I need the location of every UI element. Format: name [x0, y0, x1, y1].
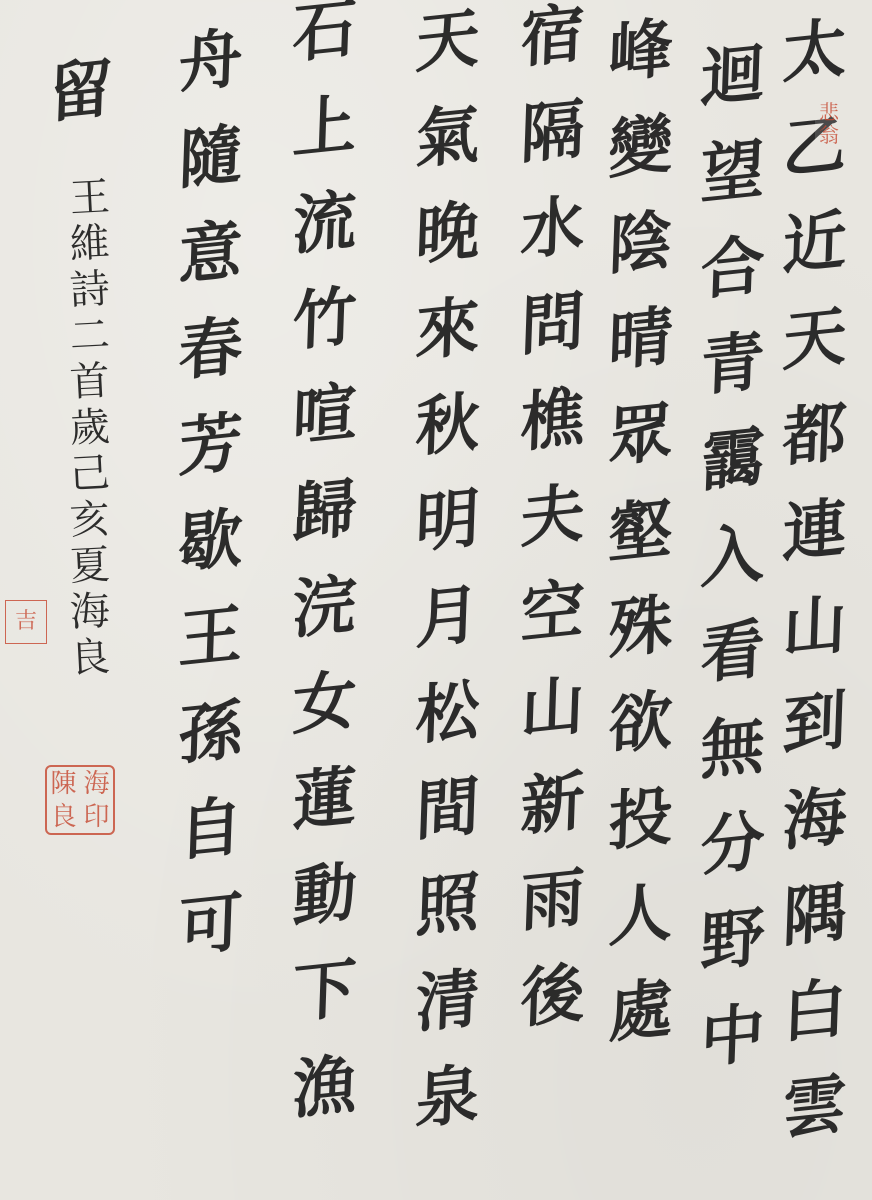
inscription-character: 亥	[61, 499, 119, 548]
calligraphy-character: 隅	[771, 879, 858, 985]
calligraphy-character: 照	[404, 869, 491, 975]
seal-char: 吉	[15, 611, 37, 633]
calligraphy-character: 舟	[167, 25, 254, 131]
calligraphy-character: 喧	[281, 379, 368, 485]
inscription-character: 詩	[61, 269, 119, 318]
calligraphy-character: 人	[597, 879, 684, 985]
seal-char: 翁	[819, 125, 839, 145]
calligraphy-character: 浣	[281, 571, 368, 677]
text-column-4: 宿隔水問樵夫空山新雨後	[510, 5, 594, 1061]
calligraphy-character: 晚	[404, 197, 491, 303]
calligraphy-character: 看	[689, 616, 776, 722]
calligraphy-character: 新	[509, 768, 596, 874]
calligraphy-character: 意	[167, 217, 254, 323]
inscription-character: 王	[61, 177, 119, 226]
calligraphy-character: 水	[509, 192, 596, 298]
calligraphy-character: 山	[509, 672, 596, 778]
calligraphy-character: 王	[167, 601, 254, 707]
text-column-3: 峰變陰晴眾壑殊欲投人處	[598, 20, 682, 1076]
calligraphy-character: 晴	[597, 303, 684, 409]
calligraphy-character: 女	[281, 667, 368, 773]
calligraphy-character: 明	[404, 485, 491, 591]
calligraphy-character: 天	[404, 5, 491, 111]
seal-char: 陳	[50, 771, 76, 797]
calligraphy-character: 竹	[281, 283, 368, 389]
calligraphy-character: 氣	[404, 101, 491, 207]
calligraphy-character: 連	[771, 495, 858, 601]
calligraphy-character: 隨	[167, 121, 254, 227]
signature-inscription: 王維詩二首歲己亥夏海良	[62, 178, 118, 684]
calligraphy-character: 空	[509, 576, 596, 682]
calligraphy-character: 陰	[597, 207, 684, 313]
calligraphy-character: 歸	[281, 475, 368, 581]
calligraphy-character: 望	[689, 136, 776, 242]
text-column-7: 舟隨意春芳歇王孫自可	[168, 30, 252, 990]
calligraphy-character: 宿	[509, 0, 596, 106]
calligraphy-character: 歇	[167, 505, 254, 611]
calligraphy-character: 後	[509, 960, 596, 1066]
calligraphy-character: 中	[689, 1000, 776, 1106]
seal-char: 印	[83, 804, 109, 830]
calligraphy-character: 蓮	[281, 763, 368, 869]
inscription-character: 歲	[61, 407, 119, 456]
calligraphy-character: 山	[771, 591, 858, 697]
calligraphy-character: 雲	[771, 1071, 858, 1177]
calligraphy-character: 合	[689, 232, 776, 338]
calligraphy-character: 自	[167, 793, 254, 899]
calligraphy-character: 隔	[509, 96, 596, 202]
calligraphy-character: 欲	[597, 687, 684, 793]
calligraphy-paper: 太乙近天都連山到海隅白雲迴望合青靄入看無分野中峰變陰晴眾壑殊欲投人處宿隔水問樵夫…	[0, 0, 872, 1200]
calligraphy-character: 海	[771, 783, 858, 889]
text-column-2: 迴望合青靄入看無分野中	[690, 45, 774, 1101]
calligraphy-character: 白	[771, 975, 858, 1081]
calligraphy-character: 春	[167, 313, 254, 419]
calligraphy-character: 來	[404, 293, 491, 399]
calligraphy-character: 月	[404, 581, 491, 687]
text-column-6: 石上流竹喧歸浣女蓮動下漁	[282, 0, 366, 1152]
calligraphy-character: 天	[771, 303, 858, 409]
calligraphy-character: 迴	[689, 40, 776, 146]
calligraphy-character: 都	[771, 399, 858, 505]
calligraphy-character: 雨	[509, 864, 596, 970]
calligraphy-character: 變	[597, 111, 684, 217]
text-column-5: 天氣晚來秋明月松間照清泉	[405, 10, 489, 1162]
seal-char: 悲	[819, 102, 839, 122]
text-column-1: 太乙近天都連山到海隅白雲	[772, 20, 856, 1172]
seal-char: 良	[50, 804, 76, 830]
calligraphy-character: 太	[771, 15, 858, 121]
calligraphy-character: 問	[509, 288, 596, 394]
calligraphy-character: 靄	[689, 424, 776, 530]
text-column-8: 留	[38, 60, 122, 156]
seal-top-right: 悲 翁	[815, 100, 843, 146]
calligraphy-character: 無	[689, 712, 776, 818]
calligraphy-character: 可	[167, 889, 254, 995]
inscription-character: 二	[61, 315, 119, 364]
inscription-character: 維	[61, 223, 119, 272]
calligraphy-character: 處	[597, 975, 684, 1081]
calligraphy-character: 到	[771, 687, 858, 793]
calligraphy-character: 芳	[167, 409, 254, 515]
calligraphy-character: 青	[689, 328, 776, 434]
calligraphy-character: 殊	[597, 591, 684, 697]
inscription-character: 首	[61, 361, 119, 410]
inscription-character: 夏	[61, 545, 119, 594]
calligraphy-character: 間	[404, 773, 491, 879]
calligraphy-character: 上	[281, 91, 368, 197]
calligraphy-character: 樵	[509, 384, 596, 490]
seal-leisure: 吉	[5, 600, 47, 644]
calligraphy-character: 乙	[771, 111, 858, 217]
calligraphy-character: 峰	[597, 15, 684, 121]
calligraphy-character: 眾	[597, 399, 684, 505]
calligraphy-character: 泉	[404, 1061, 491, 1167]
calligraphy-character: 漁	[281, 1051, 368, 1157]
calligraphy-character: 近	[771, 207, 858, 313]
calligraphy-character: 流	[281, 187, 368, 293]
inscription-character: 己	[61, 453, 119, 502]
calligraphy-character: 下	[281, 955, 368, 1061]
calligraphy-character: 夫	[509, 480, 596, 586]
calligraphy-character: 秋	[404, 389, 491, 495]
calligraphy-character: 壑	[597, 495, 684, 601]
calligraphy-character: 孫	[167, 697, 254, 803]
calligraphy-character: 分	[689, 808, 776, 914]
inscription-character: 海	[61, 591, 119, 640]
calligraphy-character: 清	[404, 965, 491, 1071]
seal-name: 陳 海 良 印	[45, 765, 115, 835]
inscription-character: 良	[61, 637, 119, 686]
calligraphy-character: 留	[37, 55, 124, 161]
calligraphy-character: 投	[597, 783, 684, 889]
calligraphy-character: 動	[281, 859, 368, 965]
calligraphy-character: 入	[689, 520, 776, 626]
calligraphy-character: 松	[404, 677, 491, 783]
seal-char: 海	[83, 771, 109, 797]
calligraphy-character: 野	[689, 904, 776, 1010]
